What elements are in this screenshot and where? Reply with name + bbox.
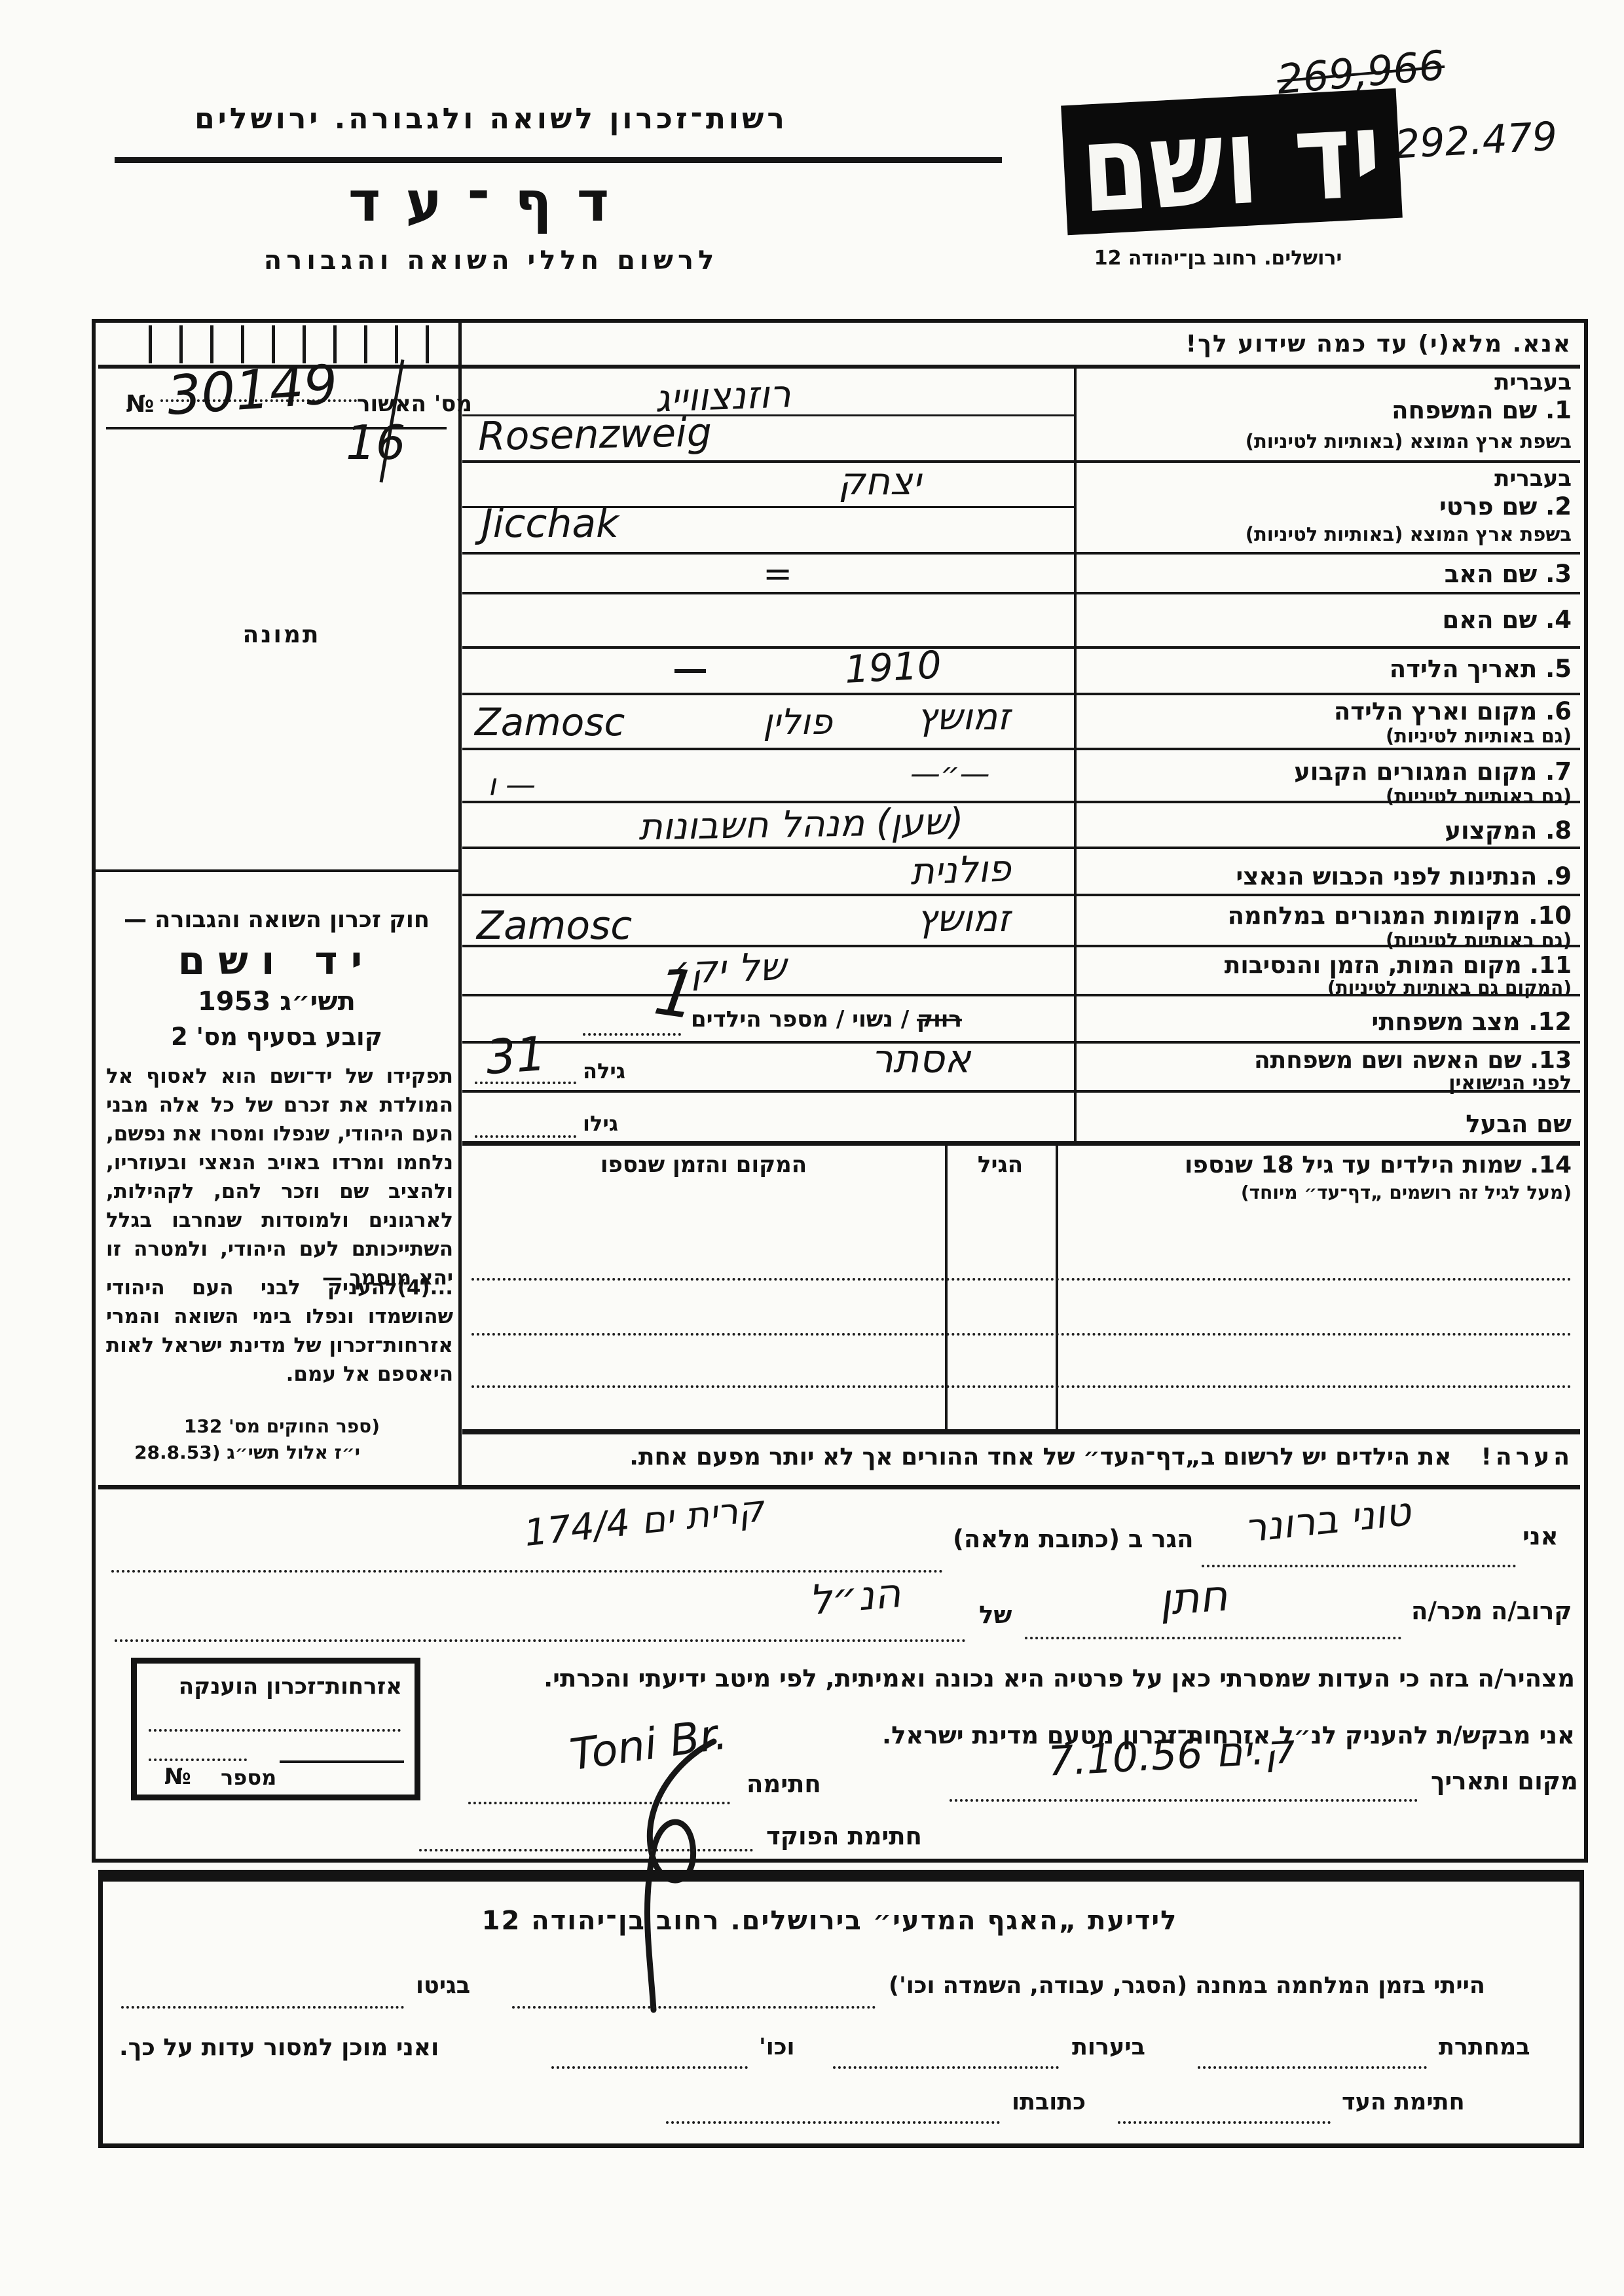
photo-label: תמונה <box>118 623 445 647</box>
serial-number-value: 30149 <box>165 358 339 424</box>
place-date-dotted-line <box>950 1799 1418 1802</box>
option-single-struck: רווק <box>917 1006 962 1032</box>
witness-address-label: כתובתו <box>1012 2091 1086 2114</box>
relative-dotted-line <box>1025 1637 1401 1639</box>
table-header-place-time: המקום והזמן שנספו <box>462 1154 945 1176</box>
row-line <box>462 552 1580 555</box>
profession-value: (שען) מנהל חשבונות <box>638 804 964 847</box>
form-title: דף־עד <box>262 174 720 229</box>
witness-address-dotted-line <box>666 2121 1000 2124</box>
witness-signature-label: חתימת העד <box>1342 2091 1465 2114</box>
underground-dotted-line <box>1198 2066 1427 2069</box>
granted-number-label: מספר <box>221 1767 276 1788</box>
forests-dotted-line <box>833 2066 1059 2069</box>
field10-label: 10. מקומות המגורים במלחמה <box>1080 903 1572 928</box>
authority-name: רשות־זכרון לשואה ולגבורה. ירושלים <box>111 105 871 134</box>
of-dotted-line <box>115 1639 966 1642</box>
field7-sublabel: (גם באותיות לטיניות) <box>1080 787 1572 806</box>
law-year: תשי״ג 1953 <box>105 989 449 1015</box>
field2-label: 2. שם פרטי <box>1080 494 1572 519</box>
field6-sublabel: (גם באותיות לטיניות) <box>1080 727 1572 746</box>
relative-label: קרוב/ה מכר/ה <box>1411 1599 1572 1623</box>
instruction: אנא. מלא(י) עד כמה שידוע לך! <box>1087 333 1572 356</box>
field2-language-label: בעברית <box>1080 467 1572 490</box>
law-reference-2: י״ז אלול תשי״ג (28.8.53 <box>85 1444 360 1462</box>
scientific-branch-box: לידיעת „האגף המדעי״ בירושלים. רחוב בן־יה… <box>98 1870 1584 2148</box>
note-bottom-rule <box>98 1485 1580 1489</box>
serial-number-label: מס' האשור <box>357 393 472 415</box>
children-row-line-1 <box>471 1278 1572 1281</box>
law-section: קובע בסעיף מס' 2 <box>105 1025 449 1049</box>
war-residence-latin-value: Zamosc <box>477 906 632 945</box>
scientific-branch-title: לידיעת „האגף המדעי״ בירושלים. רחוב בן־יה… <box>234 1908 1426 1934</box>
law-name: יד ושם <box>105 941 449 981</box>
camp-dotted-line <box>512 2006 876 2009</box>
yad-vashem-logo-text: יד ושם <box>1078 84 1386 240</box>
note-row: הערה!את הילדים יש לרשום ב„דף־העד״ של אחד… <box>468 1446 1574 1469</box>
etc-dotted-line <box>551 2066 748 2069</box>
marital-status-options: רווק / נשוי / מספר הילדים <box>691 1008 962 1030</box>
official-signature-dotted-line <box>419 1849 753 1851</box>
place-date-value: ק.ים 7.10.56 <box>1047 1728 1295 1782</box>
table-age-divider-right <box>945 1141 948 1432</box>
file-number: 292.479 <box>1394 117 1559 165</box>
residence-ditto-right: —״— <box>910 758 990 788</box>
options-rest: / נשוי / מספר הילדים <box>691 1006 917 1032</box>
law-paragraph-2: ...(4)להעניק לבני העם היהודי שהושמדו ונפ… <box>106 1273 453 1389</box>
birth-place-hebrew-value: זמושץ <box>917 699 1010 736</box>
field4-label: 4. שם האם <box>1080 608 1572 632</box>
field13-sublabel: לפני הנישואין <box>1080 1074 1572 1093</box>
photo-box-bottom-rule <box>96 869 460 872</box>
testimony-page-scan: 269,966 292.479 רשות־זכרון לשואה ולגבורה… <box>0 0 1624 2296</box>
citizenship-value: פולנית <box>910 850 1012 890</box>
name-dotted-line <box>1202 1565 1516 1567</box>
ghetto-dotted-line <box>121 2006 404 2009</box>
left-column-divider <box>458 321 462 1486</box>
field1-sublabel: בשפת ארץ המוצא (באותיות לטיניות) <box>1080 432 1572 451</box>
law-reference-1: (ספר החוקים מס' 132 <box>105 1417 380 1436</box>
header-rule <box>115 157 1002 163</box>
relative-value: חתן <box>1158 1574 1229 1622</box>
field11-label: 11. מקום המות, הזמן והנסיבות <box>1080 954 1572 977</box>
granted-box: אזרחות־זכרון הוענקה מספר № <box>131 1658 420 1800</box>
wife-name-value: אסתר <box>871 1040 970 1079</box>
field3-label: 3. שם האב <box>1080 562 1572 586</box>
row-line <box>462 646 1580 649</box>
row-line <box>462 693 1580 695</box>
children-table-bottom-rule <box>462 1429 1580 1434</box>
row-line <box>462 847 1580 849</box>
yad-vashem-logo: יד ושם <box>1061 88 1403 236</box>
field11-sublabel: (המקום גם באותיות לטיניות) <box>1080 979 1572 997</box>
row-line <box>462 592 1580 594</box>
field6-label: 6. מקום וארץ הלידה <box>1080 699 1572 723</box>
granted-numero-sign: № <box>164 1766 191 1788</box>
granted-box-number-dotted <box>149 1758 247 1761</box>
of-value: הנ״ל <box>807 1573 902 1621</box>
forests-label: ביערות <box>1072 2036 1145 2059</box>
field1-label: 1. שם המשפחה <box>1080 398 1572 422</box>
table-age-divider-left <box>1056 1141 1058 1432</box>
residence-ditto-left: — ו <box>488 769 536 799</box>
serial-rule <box>106 427 447 429</box>
children-table-top-rule <box>462 1141 1580 1146</box>
resides-at-label: הגר ב (כתובת מלאה) <box>953 1527 1194 1551</box>
serial-number-value2: 16 <box>346 419 406 466</box>
field14-label: 14. שמות הילדים עד גיל 18 שנספו <box>1080 1154 1572 1177</box>
war-camp-statement: הייתי בזמן המלחמה במחנה (הסגר, עבודה, הש… <box>889 1975 1485 1997</box>
wife-age-value: 31 <box>485 1030 547 1081</box>
underground-label: במחתרת <box>1439 2036 1530 2059</box>
logo-address: ירושלים. רחוב בן־יהודה 12 <box>1041 249 1395 268</box>
row-line <box>462 894 1580 896</box>
etc-label: וכו' <box>759 2036 795 2059</box>
birth-place-latin-value: Zamosc <box>475 703 625 741</box>
field2-sublabel: בשפת ארץ המוצא (באותיות לטיניות) <box>1080 525 1572 544</box>
ready-to-testify-statement: ואני מוכן למסור עדות על כך. <box>119 2036 439 2060</box>
granted-box-dotted-line <box>149 1729 401 1732</box>
row-line <box>462 1041 1580 1044</box>
row-line <box>462 748 1580 750</box>
granted-box-number-line <box>280 1760 404 1763</box>
first-name-latin-value: Jicchak <box>481 504 619 543</box>
children-count-dotted-line <box>583 1033 681 1036</box>
numero-sign: № <box>126 393 154 416</box>
children-row-line-3 <box>471 1385 1572 1388</box>
field12-label: 12. מצב משפחתי <box>1080 1010 1572 1034</box>
note-text: את הילדים יש לרשום ב„דף־העד״ של אחד ההור… <box>629 1444 1451 1470</box>
field13-label: 13. שם האשה ושם משפחתה <box>1080 1049 1572 1072</box>
place-date-label: מקום ותאריך <box>1431 1769 1578 1793</box>
label-column-divider <box>1074 367 1077 1142</box>
granted-box-title: אזרחות־זכרון הוענקה <box>143 1675 402 1698</box>
birth-date-value: 1910 <box>844 646 942 689</box>
first-name-hebrew-value: יצחק <box>838 462 921 500</box>
husband-name-label: שם הבעל <box>1080 1112 1572 1136</box>
law-intro: חוק זכרון השואה והגבורה — <box>105 909 449 932</box>
ghetto-label: בגיטו <box>416 1975 470 1997</box>
family-name-latin-value: Rosenzweig <box>478 413 712 456</box>
witness-signature-dotted-line <box>1118 2121 1331 2124</box>
row-line <box>462 460 1580 463</box>
husband-age-label: גילו <box>583 1113 618 1134</box>
field8-label: 8. המקצוע <box>1080 818 1572 843</box>
law-paragraph-1: תפקידו של יד־ושם הוא לאסוף אל המולדת את … <box>106 1062 453 1292</box>
form-subtitle: לרשום חללי השואה והגבורה <box>190 247 792 274</box>
of-label: של <box>979 1603 1012 1627</box>
wife-age-label: גילה <box>583 1061 625 1082</box>
stray-dash-mark <box>674 669 706 673</box>
field7-label: 7. מקום המגורים הקבוע <box>1080 759 1572 784</box>
note-label: הערה! <box>1481 1444 1574 1470</box>
war-residence-hebrew-value: זמושץ <box>917 901 1010 938</box>
husband-age-dotted-line <box>475 1135 576 1138</box>
official-signature-label: חתימת הפוקד <box>766 1824 922 1848</box>
field9-label: 9. הנתינות לפני הכבוש הנאצי <box>1080 864 1572 888</box>
field5-label: 5. תאריך הלידה <box>1080 657 1572 681</box>
birth-country-hebrew-value: פולין <box>763 704 832 740</box>
table-header-age: הגיל <box>945 1154 1056 1176</box>
field1-language-label: בעברית <box>1080 371 1572 393</box>
declaration-i-label: אני <box>1522 1524 1559 1548</box>
address-dotted-line <box>111 1570 943 1573</box>
children-row-line-2 <box>471 1333 1572 1336</box>
father-name-value: = <box>763 556 792 592</box>
field10-sublabel: (גם באותיות לטיניות) <box>1080 931 1572 950</box>
field14-sublabel: (מעל לגיל זה רושמים „דף־עד״ מיוחד) <box>1080 1184 1572 1202</box>
